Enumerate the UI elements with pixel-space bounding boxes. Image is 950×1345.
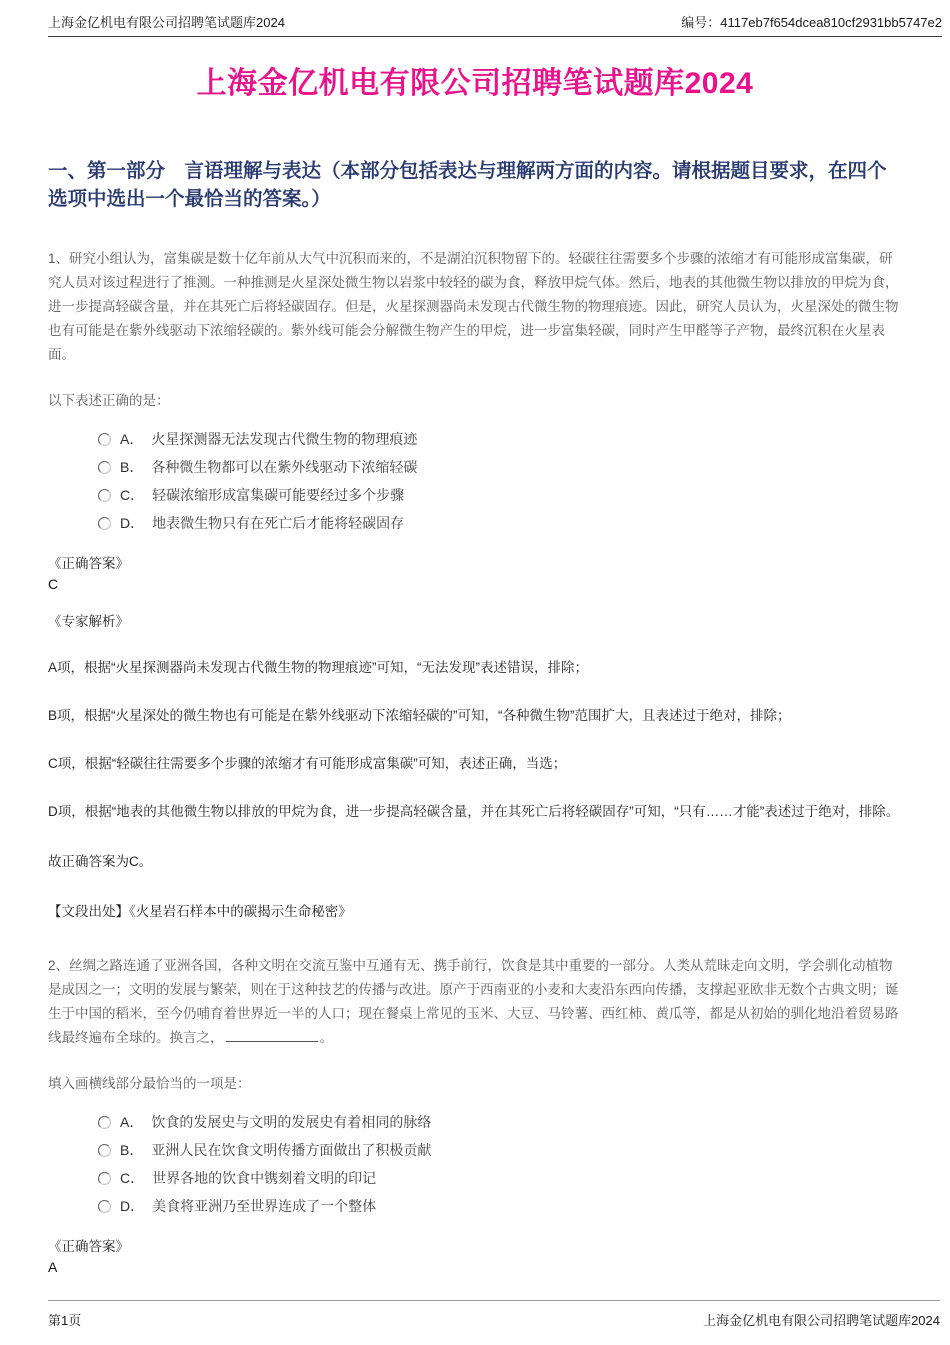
answer-value: A bbox=[48, 1257, 904, 1278]
option-letter: A． bbox=[120, 429, 143, 449]
header-doc-number: 编号：4117eb7f654dcea810cf2931bb5747e2 bbox=[681, 12, 942, 31]
option-text: 地表微生物只有在死亡后才能将轻碳固存 bbox=[152, 513, 404, 533]
answer-value: C bbox=[48, 574, 904, 595]
radio-button[interactable] bbox=[98, 1116, 111, 1129]
question-2-answer-block: 《正确答案》 A bbox=[48, 1236, 904, 1278]
radio-button[interactable] bbox=[98, 1172, 111, 1185]
question-1-stem: 1、研究小组认为，富集碳是数十亿年前从大气中沉积而来的，不是湖泊沉积物留下的。轻… bbox=[48, 247, 904, 367]
fill-blank-line bbox=[226, 1029, 318, 1042]
option-text: 轻碳浓缩形成富集碳可能要经过多个步骤 bbox=[152, 485, 404, 505]
radio-button[interactable] bbox=[98, 517, 111, 530]
question-1-source: 【文段出处】《火星岩石样本中的碳揭示生命秘密》 bbox=[48, 900, 904, 924]
document-page: 上海金亿机电有限公司招聘笔试题库2024 编号：4117eb7f654dcea8… bbox=[0, 0, 950, 1345]
question-1-conclusion: 故正确答案为C。 bbox=[48, 850, 904, 874]
option-letter: B． bbox=[120, 1140, 143, 1160]
doc-number-label: 编号： bbox=[681, 15, 720, 30]
option-letter: D． bbox=[120, 513, 144, 533]
answer-label: 《正确答案》 bbox=[48, 553, 904, 574]
question-2-stem-after-blank: 。 bbox=[320, 1030, 334, 1045]
question-2-prompt: 填入画横线部分最恰当的一项是： bbox=[48, 1072, 904, 1096]
question-1-option-b[interactable]: B． 各种微生物都可以在紫外线驱动下浓缩轻碳 bbox=[98, 453, 904, 481]
analysis-label: 《专家解析》 bbox=[48, 611, 904, 632]
answer-label: 《正确答案》 bbox=[48, 1236, 904, 1257]
question-2-option-b[interactable]: B． 亚洲人民在饮食文明传播方面做出了积极贡献 bbox=[98, 1136, 904, 1164]
question-2-option-c[interactable]: C． 世界各地的饮食中镌刻着文明的印记 bbox=[98, 1164, 904, 1192]
question-1-option-c[interactable]: C． 轻碳浓缩形成富集碳可能要经过多个步骤 bbox=[98, 481, 904, 509]
radio-button[interactable] bbox=[98, 1200, 111, 1213]
option-letter: B． bbox=[120, 457, 143, 477]
question-1-options: A． 火星探测器无法发现古代微生物的物理痕迹 B． 各种微生物都可以在紫外线驱动… bbox=[98, 425, 904, 537]
analysis-paragraph-a: A项，根据“火星探测器尚未发现古代微生物的物理痕迹”可知，“无法发现”表述错误，… bbox=[48, 656, 904, 680]
page-footer: 第1页 上海金亿机电有限公司招聘笔试题库2024 bbox=[48, 1300, 940, 1329]
option-text: 火星探测器无法发现古代微生物的物理痕迹 bbox=[151, 429, 417, 449]
header-doc-title: 上海金亿机电有限公司招聘笔试题库2024 bbox=[48, 12, 285, 31]
radio-button[interactable] bbox=[98, 1144, 111, 1157]
question-1-prompt: 以下表述正确的是： bbox=[48, 389, 904, 413]
analysis-paragraph-c: C项，根据“轻碳往往需要多个步骤的浓缩才有可能形成富集碳”可知，表述正确，当选； bbox=[48, 752, 904, 776]
radio-button[interactable] bbox=[98, 433, 111, 446]
radio-button[interactable] bbox=[98, 489, 111, 502]
page-header: 上海金亿机电有限公司招聘笔试题库2024 编号：4117eb7f654dcea8… bbox=[48, 12, 942, 37]
question-1-answer-block: 《正确答案》 C 《专家解析》 bbox=[48, 553, 904, 632]
analysis-paragraph-b: B项，根据“火星深处的微生物也有可能是在紫外线驱动下浓缩轻碳的”可知，“各种微生… bbox=[48, 704, 904, 728]
option-text: 亚洲人民在饮食文明传播方面做出了积极贡献 bbox=[151, 1140, 431, 1160]
option-letter: D． bbox=[120, 1196, 144, 1216]
option-letter: C． bbox=[120, 1168, 144, 1188]
option-letter: A． bbox=[120, 1112, 143, 1132]
question-2-stem-text: 2、丝绸之路连通了亚洲各国，各种文明在交流互鉴中互通有无、携手前行，饮食是其中重… bbox=[48, 958, 899, 1045]
option-text: 世界各地的饮食中镌刻着文明的印记 bbox=[152, 1168, 376, 1188]
doc-number-value: 4117eb7f654dcea810cf2931bb5747e2 bbox=[720, 15, 942, 30]
footer-doc-title: 上海金亿机电有限公司招聘笔试题库2024 bbox=[703, 1310, 940, 1329]
option-letter: C． bbox=[120, 485, 144, 505]
option-text: 各种微生物都可以在紫外线驱动下浓缩轻碳 bbox=[151, 457, 417, 477]
option-text: 饮食的发展史与文明的发展史有着相同的脉络 bbox=[151, 1112, 431, 1132]
question-2-stem: 2、丝绸之路连通了亚洲各国，各种文明在交流互鉴中互通有无、携手前行，饮食是其中重… bbox=[48, 954, 904, 1050]
section-heading: 一、第一部分 言语理解与表达（本部分包括表达与理解两方面的内容。请根据题目要求，… bbox=[48, 158, 904, 213]
question-2-option-d[interactable]: D． 美食将亚洲乃至世界连成了一个整体 bbox=[98, 1192, 904, 1220]
document-body: 一、第一部分 言语理解与表达（本部分包括表达与理解两方面的内容。请根据题目要求，… bbox=[0, 158, 950, 1278]
question-1-option-d[interactable]: D． 地表微生物只有在死亡后才能将轻碳固存 bbox=[98, 509, 904, 537]
question-1-option-a[interactable]: A． 火星探测器无法发现古代微生物的物理痕迹 bbox=[98, 425, 904, 453]
option-text: 美食将亚洲乃至世界连成了一个整体 bbox=[152, 1196, 376, 1216]
analysis-paragraph-d: D项，根据“地表的其他微生物以排放的甲烷为食，进一步提高轻碳含量，并在其死亡后将… bbox=[48, 800, 904, 824]
question-2-option-a[interactable]: A． 饮食的发展史与文明的发展史有着相同的脉络 bbox=[98, 1108, 904, 1136]
radio-button[interactable] bbox=[98, 461, 111, 474]
footer-page-number: 第1页 bbox=[48, 1310, 81, 1329]
question-2-options: A． 饮食的发展史与文明的发展史有着相同的脉络 B． 亚洲人民在饮食文明传播方面… bbox=[98, 1108, 904, 1220]
